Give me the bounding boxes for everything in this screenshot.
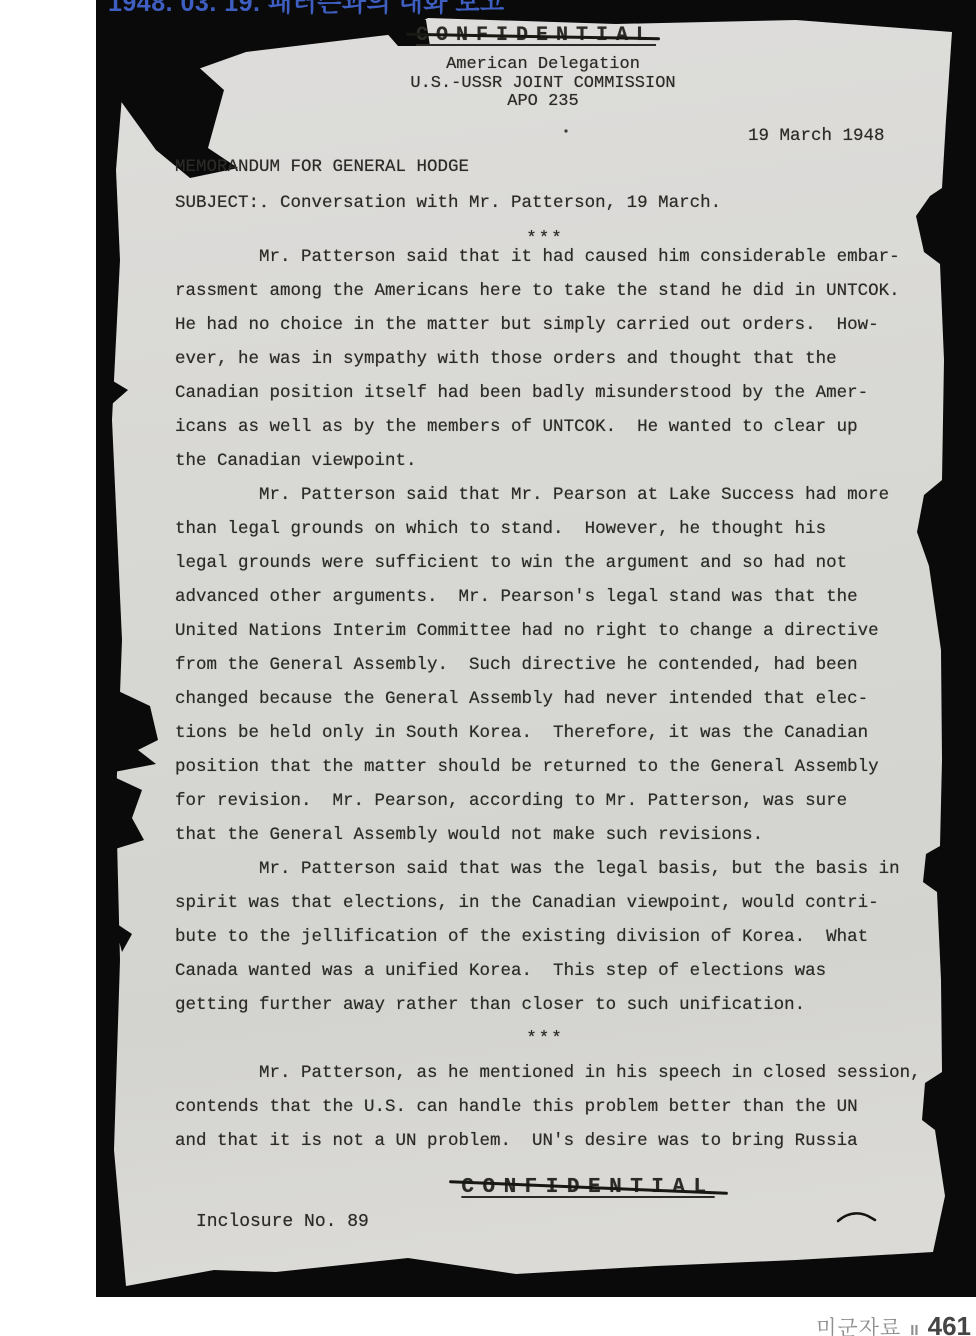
document-line: position that the matter should be retur… (175, 750, 935, 784)
document-line: the Canadian viewpoint. (175, 444, 935, 478)
classification-text: CONFIDENTIAL (416, 24, 656, 47)
memo-body: Mr. Patterson said that it had caused hi… (175, 240, 935, 1158)
document-text-layer: CONFIDENTIAL American Delegation U.S.-US… (96, 0, 976, 1297)
page: { "page_title": "1948. 03. 19. 패터슨과의 대화 … (0, 0, 976, 1336)
classification-footer: CONFIDENTIAL (96, 1176, 976, 1199)
inclosure-line: Inclosure No. 89 (196, 1212, 369, 1232)
document-line: Canadian position itself had been badly … (175, 376, 935, 410)
document-date: 19 March 1948 (748, 126, 885, 146)
page-title: 1948. 03. 19. 패터슨과의 대화 보고 (108, 0, 505, 19)
document-line: Mr. Patterson said that was the legal ba… (175, 852, 935, 886)
strike-mark (406, 33, 660, 40)
archive-footer-label: 미군자료 (816, 1312, 901, 1336)
document-line: rassment among the Americans here to tak… (175, 274, 935, 308)
archive-footer-volume: II (910, 1322, 918, 1336)
document-line: spirit was that elections, in the Canadi… (175, 886, 935, 920)
scanned-document: CONFIDENTIAL American Delegation U.S.-US… (96, 0, 976, 1297)
document-line: icans as well as by the members of UNTCO… (175, 410, 935, 444)
letterhead-delegation: American Delegation (110, 56, 976, 75)
document-line: advanced other arguments. Mr. Pearson's … (175, 580, 935, 614)
paragraph-4: Mr. Patterson, as he mentioned in his sp… (175, 1056, 935, 1158)
document-line: that the General Assembly would not make… (175, 818, 935, 852)
letterhead-apo: APO 235 (110, 93, 976, 112)
strike-mark (449, 1180, 728, 1195)
document-line: bute to the jellification of the existin… (175, 920, 935, 954)
document-line: legal grounds were sufficient to win the… (175, 546, 935, 580)
letterhead-commission: U.S.-USSR JOINT COMMISSION (110, 75, 976, 94)
section-separator: *** (175, 1022, 915, 1056)
document-line: than legal grounds on which to stand. Ho… (175, 512, 935, 546)
document-line: contends that the U.S. can handle this p… (175, 1090, 935, 1124)
document-line: ever, he was in sympathy with those orde… (175, 342, 935, 376)
document-line: changed because the General Assembly had… (175, 682, 935, 716)
paragraph-3: Mr. Patterson said that was the legal ba… (175, 852, 935, 1022)
classification-header: CONFIDENTIAL (96, 24, 976, 47)
archive-footer: 미군자료 II 461 (816, 1311, 971, 1336)
document-line: United Nations Interim Committee had no … (175, 614, 935, 648)
document-line: from the General Assembly. Such directiv… (175, 648, 935, 682)
paragraph-2: Mr. Patterson said that Mr. Pearson at L… (175, 478, 935, 852)
classification-text: CONFIDENTIAL (461, 1176, 714, 1199)
document-line: Mr. Patterson, as he mentioned in his sp… (175, 1056, 935, 1090)
document-line: tions be held only in South Korea. There… (175, 716, 935, 750)
document-line: and that it is not a UN problem. UN's de… (175, 1124, 935, 1158)
document-line: Mr. Patterson said that Mr. Pearson at L… (175, 478, 935, 512)
document-line: He had no choice in the matter but simpl… (175, 308, 935, 342)
archive-footer-page-number: 461 (928, 1311, 971, 1336)
document-line: for revision. Mr. Pearson, according to … (175, 784, 935, 818)
memo-for-line: MEMORANDUM FOR GENERAL HODGE (175, 149, 935, 185)
document-line: Canada wanted was a unified Korea. This … (175, 954, 935, 988)
document-line: Mr. Patterson said that it had caused hi… (175, 240, 935, 274)
subject-line: SUBJECT: Conversation with Mr. Patterson… (175, 185, 935, 221)
paragraph-1: Mr. Patterson said that it had caused hi… (175, 240, 935, 478)
letterhead: American Delegation U.S.-USSR JOINT COMM… (96, 56, 976, 112)
document-line: getting further away rather than closer … (175, 988, 935, 1022)
